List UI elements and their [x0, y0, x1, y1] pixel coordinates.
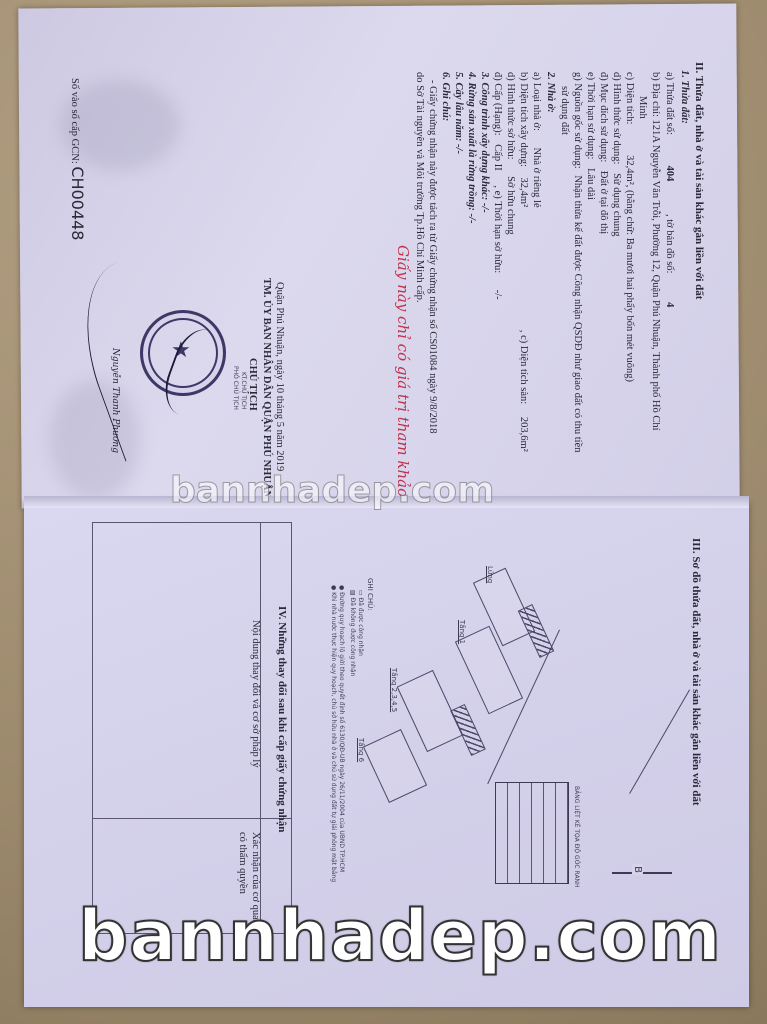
value: Nhận thừa kế đất được Công nhận QSDĐ như…: [572, 175, 583, 452]
house-heading: 2. Nhà ở:: [545, 72, 556, 113]
label: d) Hình thức sử dụng:: [611, 72, 622, 164]
house-type: a) Loại nhà ở: Nhà ở riêng lẻ: [530, 72, 543, 208]
table-row: [556, 783, 568, 883]
value: -/-: [492, 290, 503, 300]
floor-label-6: Tầng 6: [357, 738, 365, 762]
label: Đã được công nhận: [357, 598, 364, 656]
value: 203,6m²: [518, 417, 529, 452]
label: b) Diện tích xây dựng:: [518, 72, 529, 167]
section-iv-title: IV. Những thay đổi sau khi cấp giấy chứn…: [276, 606, 288, 832]
coord-table-title: BẢNG LIỆT KÊ TỌA ĐỘ GÓC RANH: [573, 786, 580, 888]
table-row: [544, 783, 556, 883]
table-row: [520, 783, 532, 883]
notes-heading: 6. Ghi chú:: [439, 72, 452, 121]
label: đ) Cấp (Hạng):: [492, 72, 503, 136]
legend-not-recognized: ▨ Đã không được công nhận: [349, 590, 356, 676]
land-address-cont: Minh: [636, 96, 649, 119]
label: c) Diện tích:: [624, 72, 635, 124]
land-origin-cont: sử dụng đất: [558, 86, 571, 135]
label: , tờ bản đồ số:: [664, 214, 675, 274]
land-origin: g) Nguồn gốc sử dụng: Nhận thừa kế đất đ…: [571, 72, 584, 453]
value: Cấp II: [492, 144, 503, 171]
label: e) Thời hạn sử dụng:: [585, 72, 596, 159]
north-arrow-icon: B: [612, 872, 672, 874]
section-iv-table: [92, 522, 292, 934]
floor-label-2345: Tầng 2,3,4,5: [390, 668, 398, 712]
value: Lâu dài: [585, 168, 596, 200]
label: Đường quy hoạch lộ giới theo quyết định …: [338, 592, 345, 872]
land-use-term: e) Thời hạn sử dụng: Lâu dài: [584, 72, 597, 200]
watermark-small: bannhadep.com: [170, 470, 494, 511]
value: 121A Nguyễn Văn Trỗi, Phường 12, Quận Ph…: [650, 120, 661, 431]
land-address: b) Địa chỉ: 121A Nguyễn Văn Trỗi, Phường…: [649, 72, 662, 431]
legend-note-1: ● Đường quy hoạch lộ giới theo quyết địn…: [338, 585, 345, 872]
handwritten-note: Giấy này chỉ có giá trị tham khảo: [394, 245, 412, 497]
land-heading: 1. Thửa đất:: [679, 70, 690, 124]
label: , c) Diện tích sàn:: [518, 330, 529, 404]
coordinate-table: [495, 782, 569, 884]
label: b) Địa chỉ:: [650, 72, 661, 117]
notes-line-2: do Sở Tài nguyên và Môi trường Tp.Hồ Chí…: [413, 72, 426, 302]
land-area: c) Diện tích: 32,4m², (bằng chữ: Ba mươi…: [623, 72, 636, 382]
section-iv-col1-header: Nội dung thay đổi và cơ sở pháp lý: [249, 620, 262, 768]
value: Nhà ở riêng lẻ: [531, 148, 542, 208]
north-label: B: [632, 864, 643, 875]
value: CH00448: [68, 166, 87, 240]
label: , e) Thời hạn sở hữu:: [492, 185, 503, 273]
registry-number: Số vào sổ cấp GCN: CH00448: [68, 78, 84, 240]
label: Số vào sổ cấp GCN:: [69, 78, 80, 164]
label: đ) Mục đích sử dụng:: [598, 72, 609, 162]
label: d) Hình thức sở hữu:: [505, 72, 516, 160]
notes-line-1: - Giấy chứng nhận này được tách ra từ Gi…: [426, 80, 439, 433]
label: g) Nguồn gốc sử dụng:: [572, 72, 583, 169]
signature-org: TM. ỦY BAN NHÂN DÂN QUẬN PHÚ NHUẬN: [260, 278, 273, 498]
legend-heading: GHI CHÚ:: [366, 578, 374, 611]
value: 4: [664, 302, 675, 307]
value: Sở hữu chung: [505, 176, 516, 235]
watermark-large: bannhadep.com: [78, 895, 722, 977]
table-row: [532, 783, 544, 883]
table-row: [508, 783, 520, 883]
section-iii-title: III. Sơ đồ thửa đất, nhà ở và tài sản kh…: [690, 538, 702, 806]
other-construction: 3. Công trình xây dựng khác: -/-: [478, 72, 491, 213]
label: a) Loại nhà ở:: [531, 72, 542, 131]
signature-sub1: KT.CHỦ TỊCH: [240, 372, 247, 409]
table-row: [496, 783, 508, 883]
house-built-area: b) Diện tích xây dựng: 32,4m² , c) Diện …: [517, 72, 530, 452]
section-ii-title: II. Thửa đất, nhà ở và tài sản khác gắn …: [693, 62, 705, 299]
signature-place-date: Quận Phú Nhuận, ngày 10 tháng 5 năm 2019: [273, 282, 286, 471]
land-use-purpose: đ) Mục đích sử dụng: Đất ở tại đô thị: [597, 72, 610, 234]
production-forest: 4. Rừng sản xuất là rừng trồng: -/-: [465, 72, 478, 223]
value: Sử dụng chung: [611, 173, 622, 236]
label: Khi nhà nước thực hiện quy hoạch, chủ sở…: [330, 592, 337, 882]
row-divider: [93, 818, 291, 819]
land-parcel-number: a) Thửa đất số: 404 , tờ bản đồ số: 4: [663, 72, 676, 307]
legend-recognized: ▭ Đã được công nhận: [357, 590, 364, 656]
value: 404: [664, 166, 675, 182]
label: a) Thửa đất số:: [664, 72, 675, 135]
legend-note-2: ● Khi nhà nước thực hiện quy hoạch, chủ …: [330, 585, 337, 882]
signer-name: Nguyễn Thanh Phương: [110, 348, 120, 453]
house-ownership: d) Hình thức sở hữu: Sở hữu chung: [504, 72, 517, 235]
perennial-trees: 5. Cây lâu năm: -/-: [452, 72, 465, 154]
signature-title: CHỦ TỊCH: [246, 358, 259, 411]
value: Đất ở tại đô thị: [598, 171, 609, 234]
house-grade: đ) Cấp (Hạng): Cấp II , e) Thời hạn sở h…: [491, 72, 504, 300]
label: Đã không được công nhận: [349, 598, 356, 677]
land-use-form: d) Hình thức sử dụng: Sử dụng chung: [610, 72, 623, 237]
value: 32,4m², (bằng chữ: Ba mươi hai phẩy bốn …: [624, 155, 635, 382]
floor-label-lung: Lửng: [486, 566, 494, 583]
value: 32,4m²: [518, 178, 529, 208]
floor-label-1: Tầng 1: [458, 620, 466, 644]
